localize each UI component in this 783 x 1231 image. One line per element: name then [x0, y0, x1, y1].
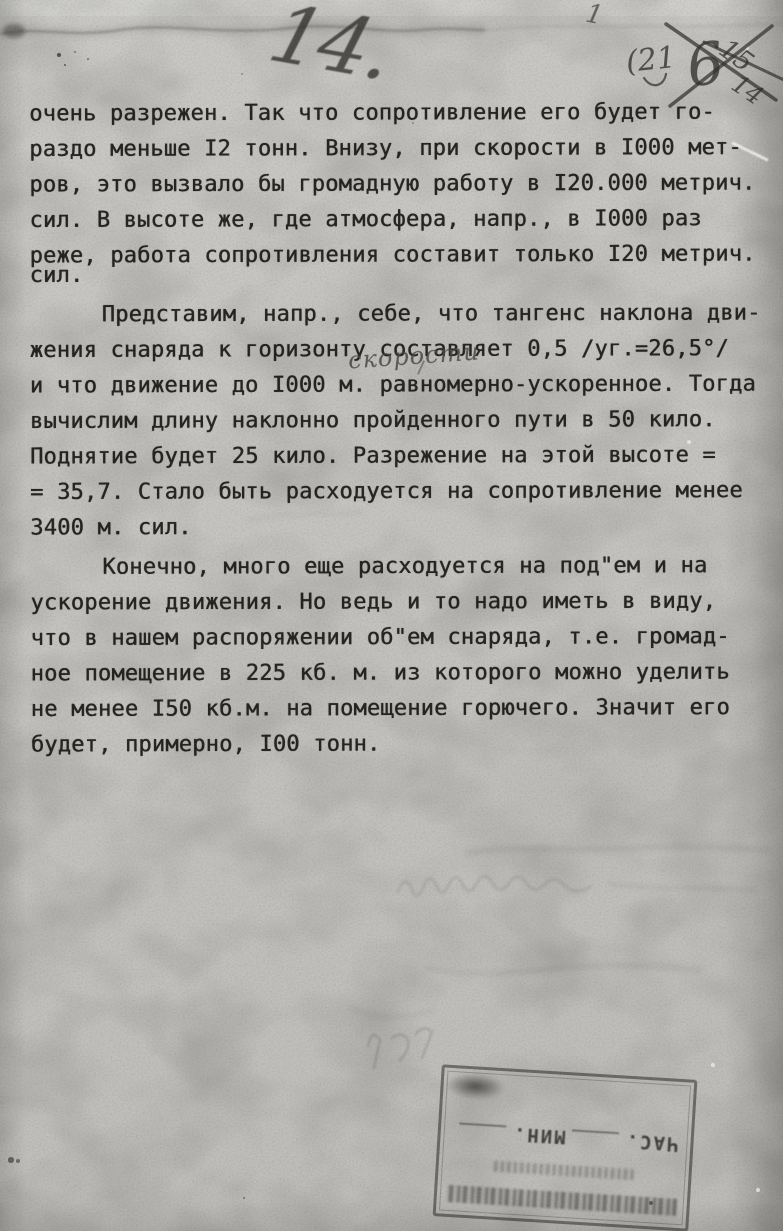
text-line: Представим, напр., себе, что тангенс нак… — [30, 296, 775, 333]
text-line: реже, работа сопротивления составит толь… — [30, 237, 775, 274]
text-line: ускорение движения. Но ведь и то надо им… — [30, 584, 775, 621]
text-line: и что движение до I000 м. равномерно-уск… — [30, 367, 775, 404]
text-line: сил. В высоте же, где атмосфера, напр., … — [29, 201, 774, 238]
text-line: ров, это вызвало бы громадную работу в I… — [29, 166, 774, 203]
text-line: не менее I50 кб.м. на помещение горючего… — [31, 690, 776, 727]
text-line: что в нашем распоряжении об"ем снаряда, … — [31, 619, 776, 656]
typewritten-text-block: очень разрежен. Так что сопротивление ег… — [29, 94, 776, 762]
text-line: вычислим длину наклонно пройденного пути… — [30, 402, 775, 439]
text-line: раздо меньше I2 тонн. Внизу, при скорост… — [29, 130, 774, 167]
text-line: будет, примерно, I00 тонн. — [31, 726, 776, 763]
document-page: очень разрежен. Так что сопротивление ег… — [0, 0, 783, 1231]
text-line: Поднятие будет 25 кило. Разрежение на эт… — [30, 438, 775, 475]
text-line: = 35,7. Стало быть расходуется на сопрот… — [30, 473, 775, 510]
handwritten-corner-marks: (21 6 15 14 — [608, 8, 780, 120]
ref-number-mark: (21 — [624, 40, 677, 80]
text-line: Конечно, много еще расходуется на под"ем… — [30, 548, 775, 585]
text-line: ное помещение в 225 кб. м. из которого м… — [31, 655, 776, 692]
text-line: 3400 м. сил. — [30, 509, 775, 546]
